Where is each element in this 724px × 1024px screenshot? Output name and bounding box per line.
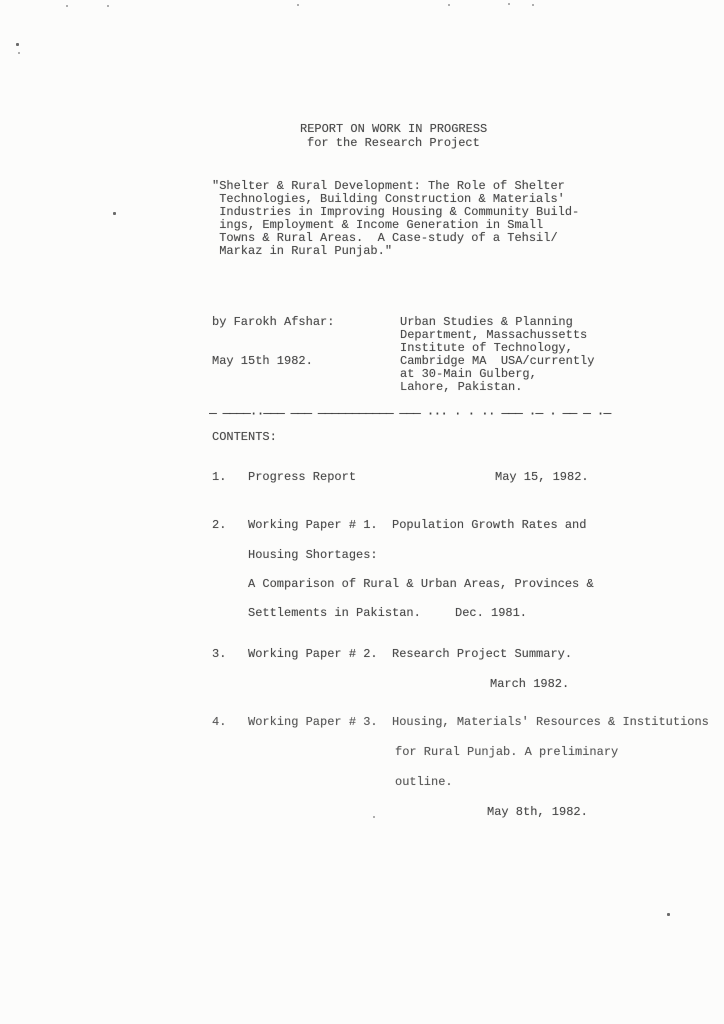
item-text: Housing Shortages:	[248, 549, 378, 562]
item-text: for Rural Punjab. A preliminary	[395, 746, 618, 759]
affiliation-line: Lahore, Pakistan.	[400, 381, 522, 394]
dashed-separator: — ————··——— ——— ——————————— ——— ··· · · …	[209, 406, 619, 420]
scan-speck	[373, 816, 375, 818]
item-number: 2.	[212, 519, 226, 532]
scan-speck	[18, 52, 20, 54]
item-title: Working Paper # 2. Research Project Summ…	[248, 648, 572, 661]
scan-speck	[16, 43, 19, 46]
item-date: Dec. 1981.	[455, 607, 527, 620]
scan-speck	[113, 212, 116, 215]
scanned-report-page: REPORT ON WORK IN PROGRESS for the Resea…	[0, 0, 724, 1024]
scan-speck	[667, 913, 670, 916]
item-number: 1.	[212, 471, 226, 484]
author-name: by Farokh Afshar:	[212, 316, 334, 329]
item-title: Progress Report	[248, 471, 356, 484]
item-text: A Comparison of Rural & Urban Areas, Pro…	[248, 578, 594, 591]
item-date: May 15, 1982.	[495, 471, 589, 484]
item-number: 3.	[212, 648, 226, 661]
scan-speck	[107, 5, 109, 7]
scan-speck	[532, 4, 534, 6]
item-text: outline.	[395, 776, 453, 789]
byline-date: May 15th 1982.	[212, 355, 313, 368]
contents-heading: CONTENTS:	[212, 431, 277, 444]
item-date: March 1982.	[490, 678, 569, 691]
item-number: 4.	[212, 716, 226, 729]
scan-speck	[508, 3, 510, 5]
item-text: Settlements in Pakistan.	[248, 607, 421, 620]
scan-speck	[297, 4, 299, 6]
item-date: May 8th, 1982.	[487, 806, 588, 819]
item-title: Working Paper # 1. Population Growth Rat…	[248, 519, 586, 532]
scan-speck	[448, 4, 450, 6]
report-title-line1: REPORT ON WORK IN PROGRESS	[300, 123, 487, 136]
scan-speck	[66, 5, 68, 7]
report-title-line2: for the Research Project	[307, 137, 480, 150]
quote-line: Markaz in Rural Punjab."	[212, 245, 392, 258]
item-title: Working Paper # 3. Housing, Materials' R…	[248, 716, 709, 729]
